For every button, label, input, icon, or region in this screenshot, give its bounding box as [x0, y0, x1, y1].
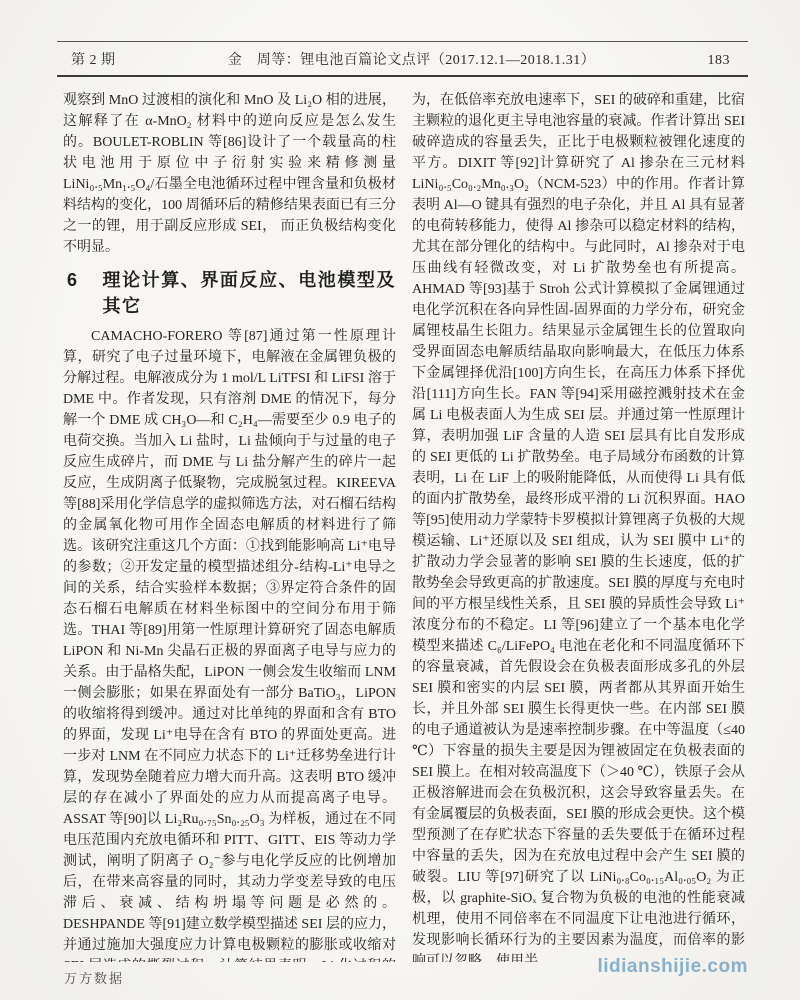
- article-body: 观察到 MnO 过渡相的演化和 MnO 及 Li₂O 相的进展，这解释了在 α-…: [63, 90, 745, 962]
- page-header: 第 2 期 金 周等：锂电池百篇论文点评（2017.12.1—2018.1.31…: [57, 49, 748, 69]
- running-title: 金 周等：锂电池百篇论文点评（2017.12.1—2018.1.31）: [228, 49, 596, 69]
- site-watermark: lidianshijie.com: [597, 956, 748, 978]
- paragraph-main: CAMACHO-FORERO 等[87]通过第一性原理计算，研究了电子过量环境下…: [63, 326, 396, 962]
- top-rule: [57, 41, 748, 42]
- issue-label: 第 2 期: [57, 49, 116, 69]
- paragraph-right: 为，在低倍率充放电速率下，SEI 的破碎和重建，比宿主颗粒的退化更主导电池容量的…: [412, 90, 745, 962]
- page-number: 183: [708, 53, 749, 69]
- scanned-journal-page: 第 2 期 金 周等：锂电池百篇论文点评（2017.12.1—2018.1.31…: [0, 0, 800, 1000]
- header-rule: [57, 75, 748, 77]
- section-heading: 6 理论计算、界面反应、电池模型及其它: [67, 267, 396, 319]
- wanfang-data-watermark: 万方数据: [64, 968, 124, 987]
- right-column: 为，在低倍率充放电速率下，SEI 的破碎和重建，比宿主颗粒的退化更主导电池容量的…: [412, 90, 745, 962]
- section-number: 6: [67, 267, 79, 319]
- paragraph-continuation: 观察到 MnO 过渡相的演化和 MnO 及 Li₂O 相的进展，这解释了在 α-…: [63, 90, 396, 258]
- left-column: 观察到 MnO 过渡相的演化和 MnO 及 Li₂O 相的进展，这解释了在 α-…: [63, 90, 396, 962]
- section-title: 理论计算、界面反应、电池模型及其它: [103, 267, 396, 319]
